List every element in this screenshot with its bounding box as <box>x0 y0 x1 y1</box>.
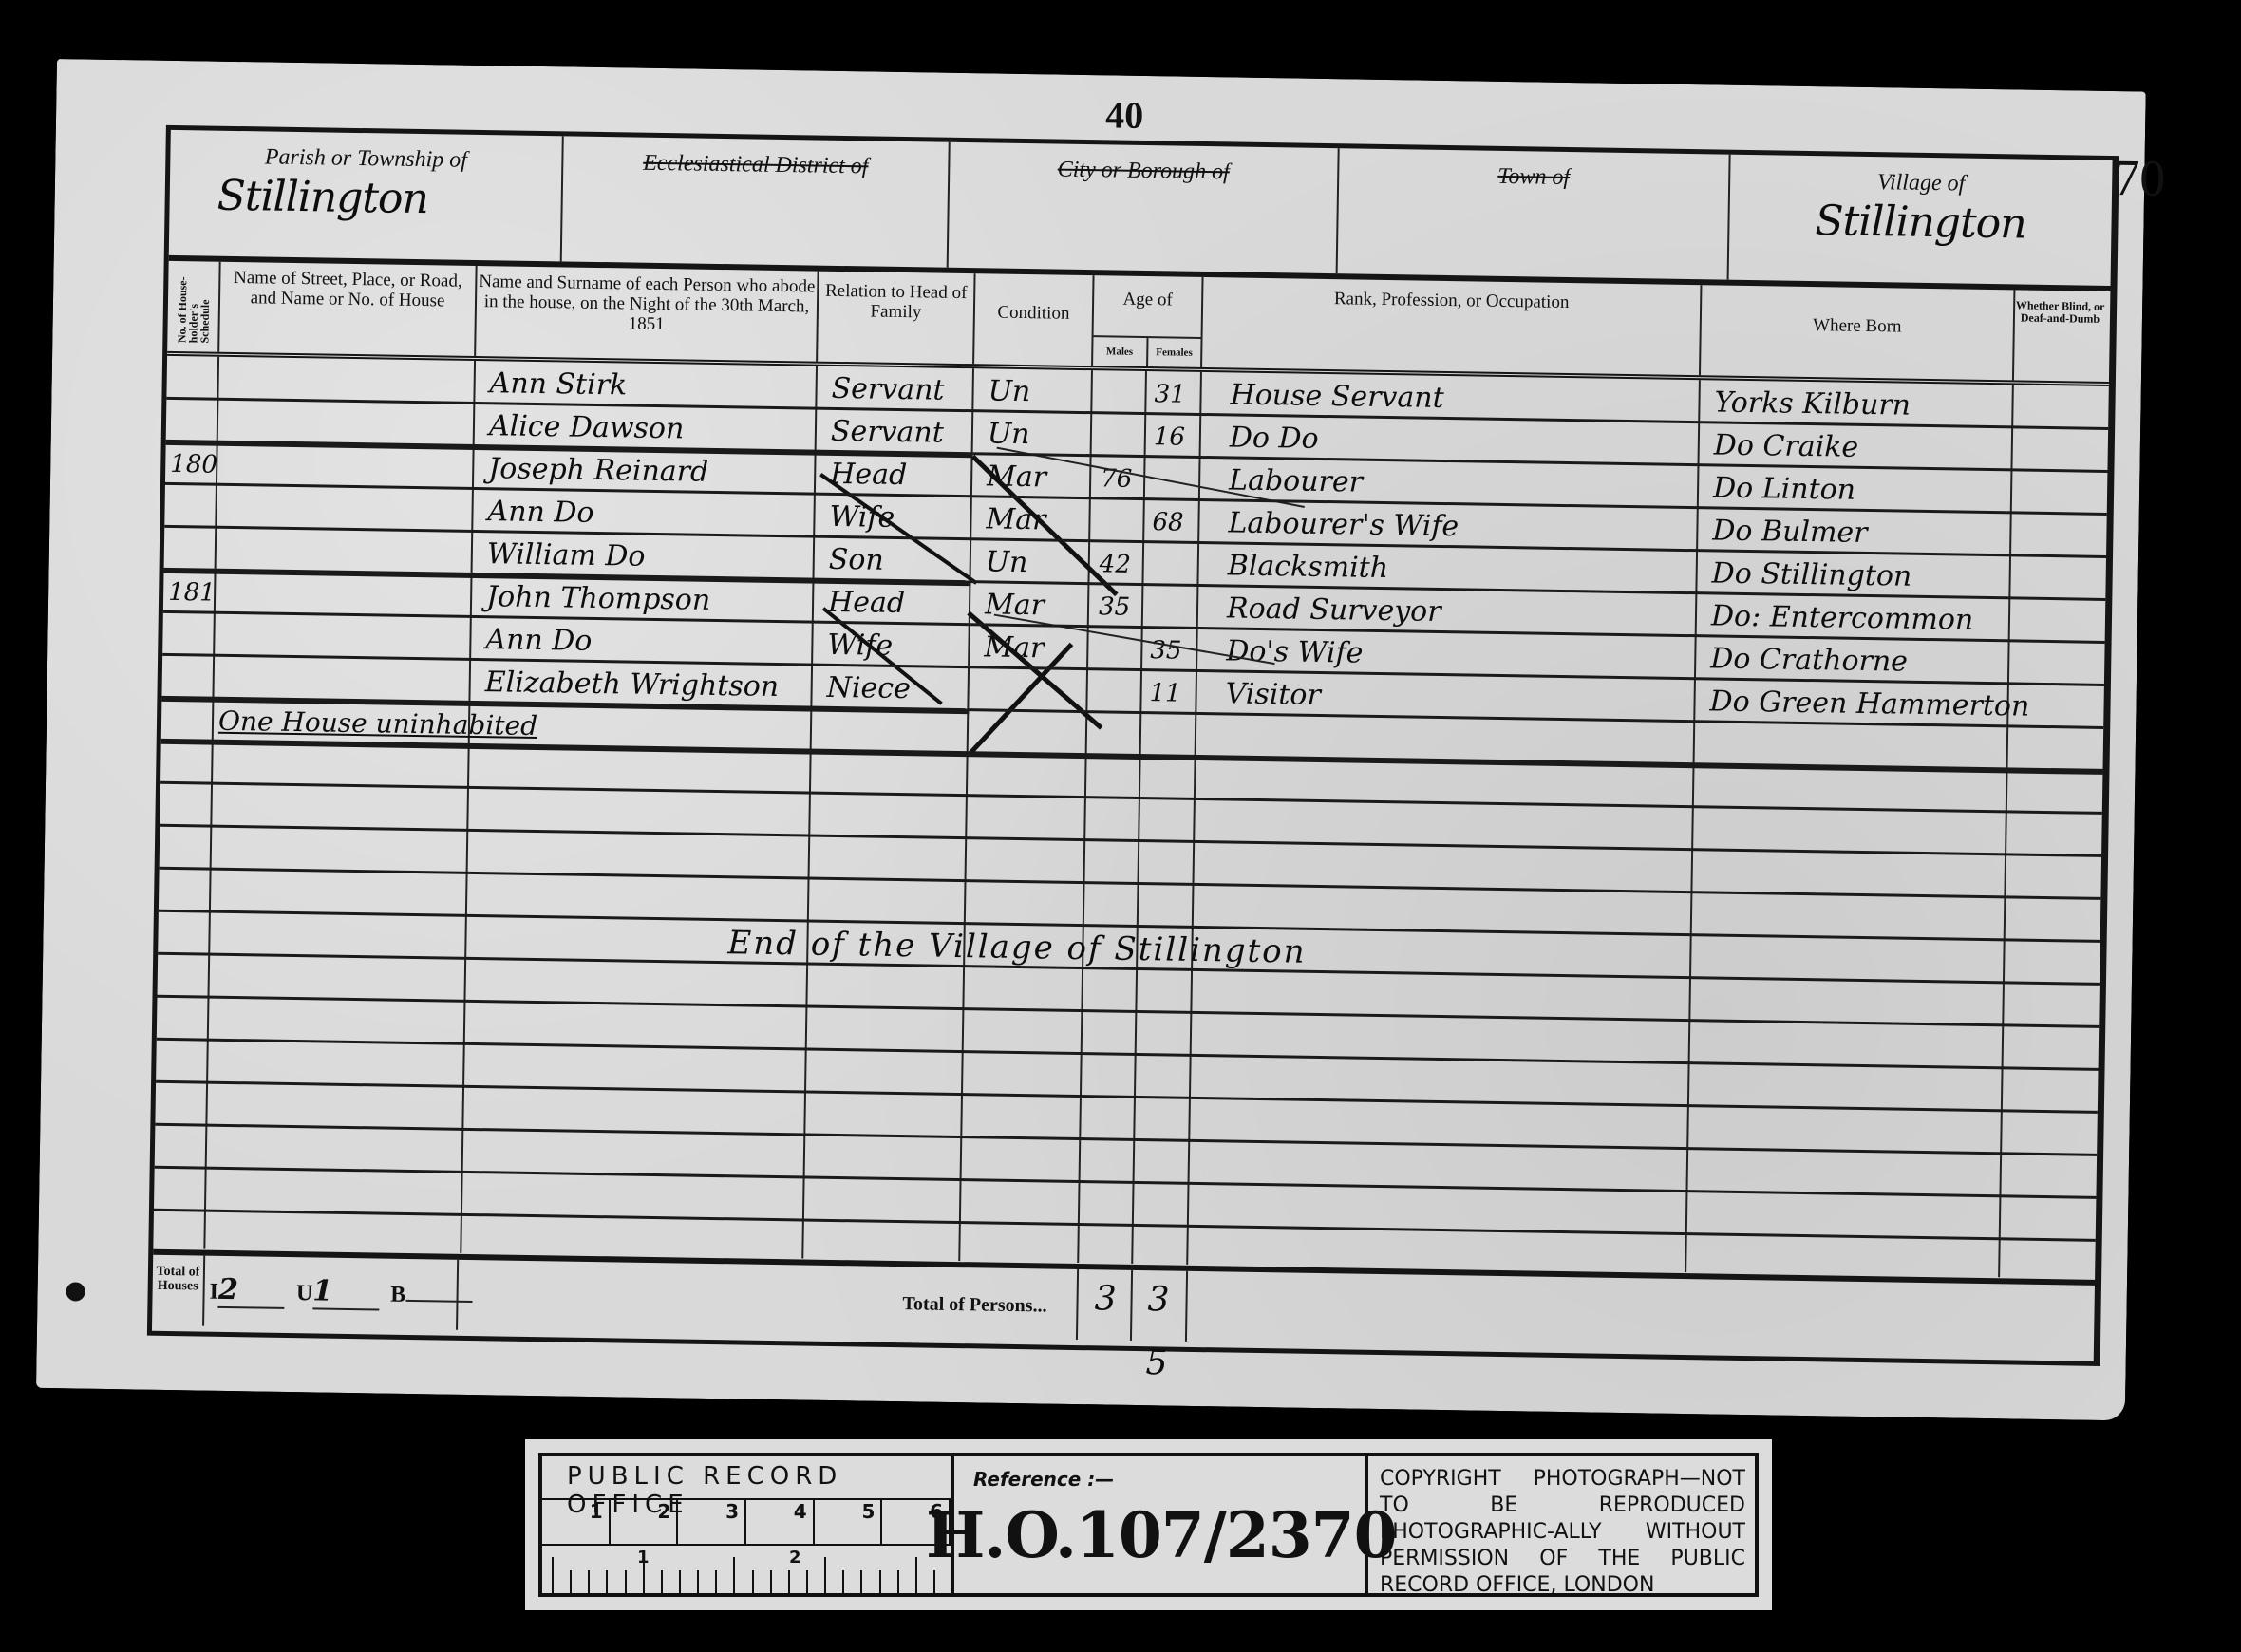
person-name: Ann Do <box>487 489 594 534</box>
parish-value: Stillington <box>169 171 561 225</box>
census-body: Ann StirkServantUn31House ServantYorks K… <box>153 356 2109 1279</box>
town-cell: Town of <box>1338 148 1731 279</box>
row-rule <box>155 1123 2097 1156</box>
birthplace: Do: Entercommon <box>1711 593 1974 640</box>
reference-panel: Reference :— H.O.107/2370 <box>954 1456 1363 1593</box>
town-label: Town of <box>1339 161 1728 193</box>
total-males: 3 <box>1094 1279 1117 1318</box>
end-note-row: End of the Village of Stillington <box>158 911 2100 985</box>
birthplace: Yorks Kilburn <box>1714 380 1911 425</box>
total-houses-label: Total of Houses <box>152 1255 205 1326</box>
col-females: Females <box>1148 338 1201 367</box>
row-rule <box>160 781 2102 815</box>
birthplace: Do Stillington <box>1711 551 1911 596</box>
schedule-number <box>171 399 172 441</box>
total-females: 3 <box>1147 1280 1170 1319</box>
condition: Un <box>985 539 1027 583</box>
person-name: John Thompson <box>486 574 711 621</box>
row-rule <box>156 1080 2098 1114</box>
col-age: Age of Males Females <box>1093 275 1203 367</box>
occupation: Labourer's Wife <box>1228 500 1459 547</box>
person-name: Ann Do <box>485 617 593 662</box>
schedule-number: 180 <box>170 441 217 485</box>
male-age: 76 <box>1101 456 1133 499</box>
schedule-number <box>166 655 167 698</box>
birthplace: Do Crathorne <box>1710 636 1908 682</box>
city-label: City or Borough of <box>950 156 1337 187</box>
col-schedule: No. of House-holder's Schedule <box>167 261 220 352</box>
ecclesiastical-cell: Ecclesiastical District of <box>562 136 951 267</box>
male-age: 42 <box>1099 541 1131 585</box>
census-page: 40 70 Parish or Township of Stillington … <box>36 59 2146 1420</box>
col-occupation: Rank, Profession, or Occupation <box>1202 277 1702 375</box>
male-age <box>1097 669 1098 712</box>
occupation: Blacksmith <box>1227 543 1388 589</box>
row-rule <box>157 995 2099 1028</box>
city-cell: City or Borough of <box>949 142 1340 273</box>
total-persons-label: Total of Persons... <box>902 1293 1046 1317</box>
col-males: Males <box>1093 337 1148 366</box>
female-age: 31 <box>1154 371 1186 415</box>
parish-cell: Parish or Township of Stillington <box>169 130 564 261</box>
row-rule <box>154 1209 2096 1242</box>
person-name: Elizabeth Wrightson <box>484 660 779 707</box>
row-rule <box>160 824 2101 857</box>
schedule-number <box>167 612 168 655</box>
relation: Servant <box>831 366 945 411</box>
female-age: 11 <box>1149 670 1181 714</box>
binding-hole <box>66 1282 85 1301</box>
col-relation: Relation to Head of Family <box>818 272 975 365</box>
male-age <box>1102 413 1102 456</box>
female-age: 16 <box>1154 414 1186 458</box>
birthplace: Do Craike <box>1713 422 1858 467</box>
uninhabited-count: 1 <box>312 1274 380 1310</box>
building-count <box>405 1300 472 1303</box>
pro-ruler-panel: PUBLIC RECORD OFFICE 123456 12 <box>542 1456 954 1593</box>
pro-title: PUBLIC RECORD OFFICE <box>542 1456 951 1500</box>
folio-number: 70 <box>2114 148 2166 208</box>
ecclesiastical-label: Ecclesiastical District of <box>563 149 948 180</box>
row-rule <box>157 1038 2099 1071</box>
col-street: Name of Street, Place, or Road, and Name… <box>219 262 477 356</box>
relation: Son <box>828 537 884 581</box>
parish-label: Parish or Township of <box>170 143 561 175</box>
female-age <box>1151 585 1152 628</box>
occupation: Do's Wife <box>1226 629 1364 673</box>
reference-code: H.O.107/2370 <box>926 1498 1397 1572</box>
schedule-number: 181 <box>168 570 216 613</box>
schedule-number <box>169 484 170 527</box>
female-age: 68 <box>1152 499 1184 543</box>
condition <box>983 667 984 710</box>
occupation: House Servant <box>1230 372 1444 419</box>
condition: Un <box>988 368 1030 412</box>
birthplace: Do Linton <box>1713 465 1856 510</box>
row-rule <box>155 1166 2097 1199</box>
female-age: 35 <box>1150 628 1182 671</box>
inhabited-count: 2 <box>218 1273 286 1309</box>
occupation: Do Do <box>1230 415 1319 459</box>
male-age <box>1102 370 1102 413</box>
reference-label: Reference :— <box>954 1456 1363 1491</box>
village-value: Stillington <box>1729 196 2112 250</box>
persons-sum-annotation: 5 <box>1145 1343 1168 1382</box>
page-number: 40 <box>1105 92 1144 138</box>
relation: Servant <box>831 409 945 454</box>
person-name: William Do <box>487 532 646 577</box>
col-name: Name and Surname of each Person who abod… <box>476 266 819 362</box>
village-label: Village of <box>1730 168 2112 199</box>
col-blind: Whether Blind, or Deaf-and-Dumb <box>2014 290 2105 381</box>
male-age <box>1100 498 1101 541</box>
occupation: Visitor <box>1225 671 1321 716</box>
person-name: Joseph Reinard <box>488 446 709 493</box>
birthplace: Do Green Hammerton <box>1709 679 2029 726</box>
ruler-cm: 12 <box>542 1546 951 1593</box>
copyright-notice: COPYRIGHT PHOTOGRAPH—NOT TO BE REPRODUCE… <box>1365 1456 1755 1593</box>
schedule-number <box>169 527 170 570</box>
schedule-number <box>171 356 172 399</box>
person-name: Ann Stirk <box>489 361 627 405</box>
ruler-inches: 123456 <box>542 1500 951 1546</box>
birthplace: Do Bulmer <box>1712 508 1868 554</box>
col-condition: Condition <box>974 273 1094 366</box>
total-houses: I2 U1 B <box>209 1273 472 1312</box>
village-cell: Village of Stillington <box>1729 155 2113 286</box>
col-where-born: Where Born <box>1701 285 2015 380</box>
row-rule <box>160 867 2101 900</box>
census-table: Parish or Township of Stillington Eccles… <box>147 125 2119 1366</box>
person-name: Alice Dawson <box>489 404 685 449</box>
relation: Niece <box>826 666 911 709</box>
relation: Head <box>828 580 906 624</box>
occupation: Road Surveyor <box>1227 586 1441 632</box>
pro-stamp: PUBLIC RECORD OFFICE 123456 12 Reference… <box>525 1439 1772 1610</box>
female-age <box>1151 542 1152 585</box>
